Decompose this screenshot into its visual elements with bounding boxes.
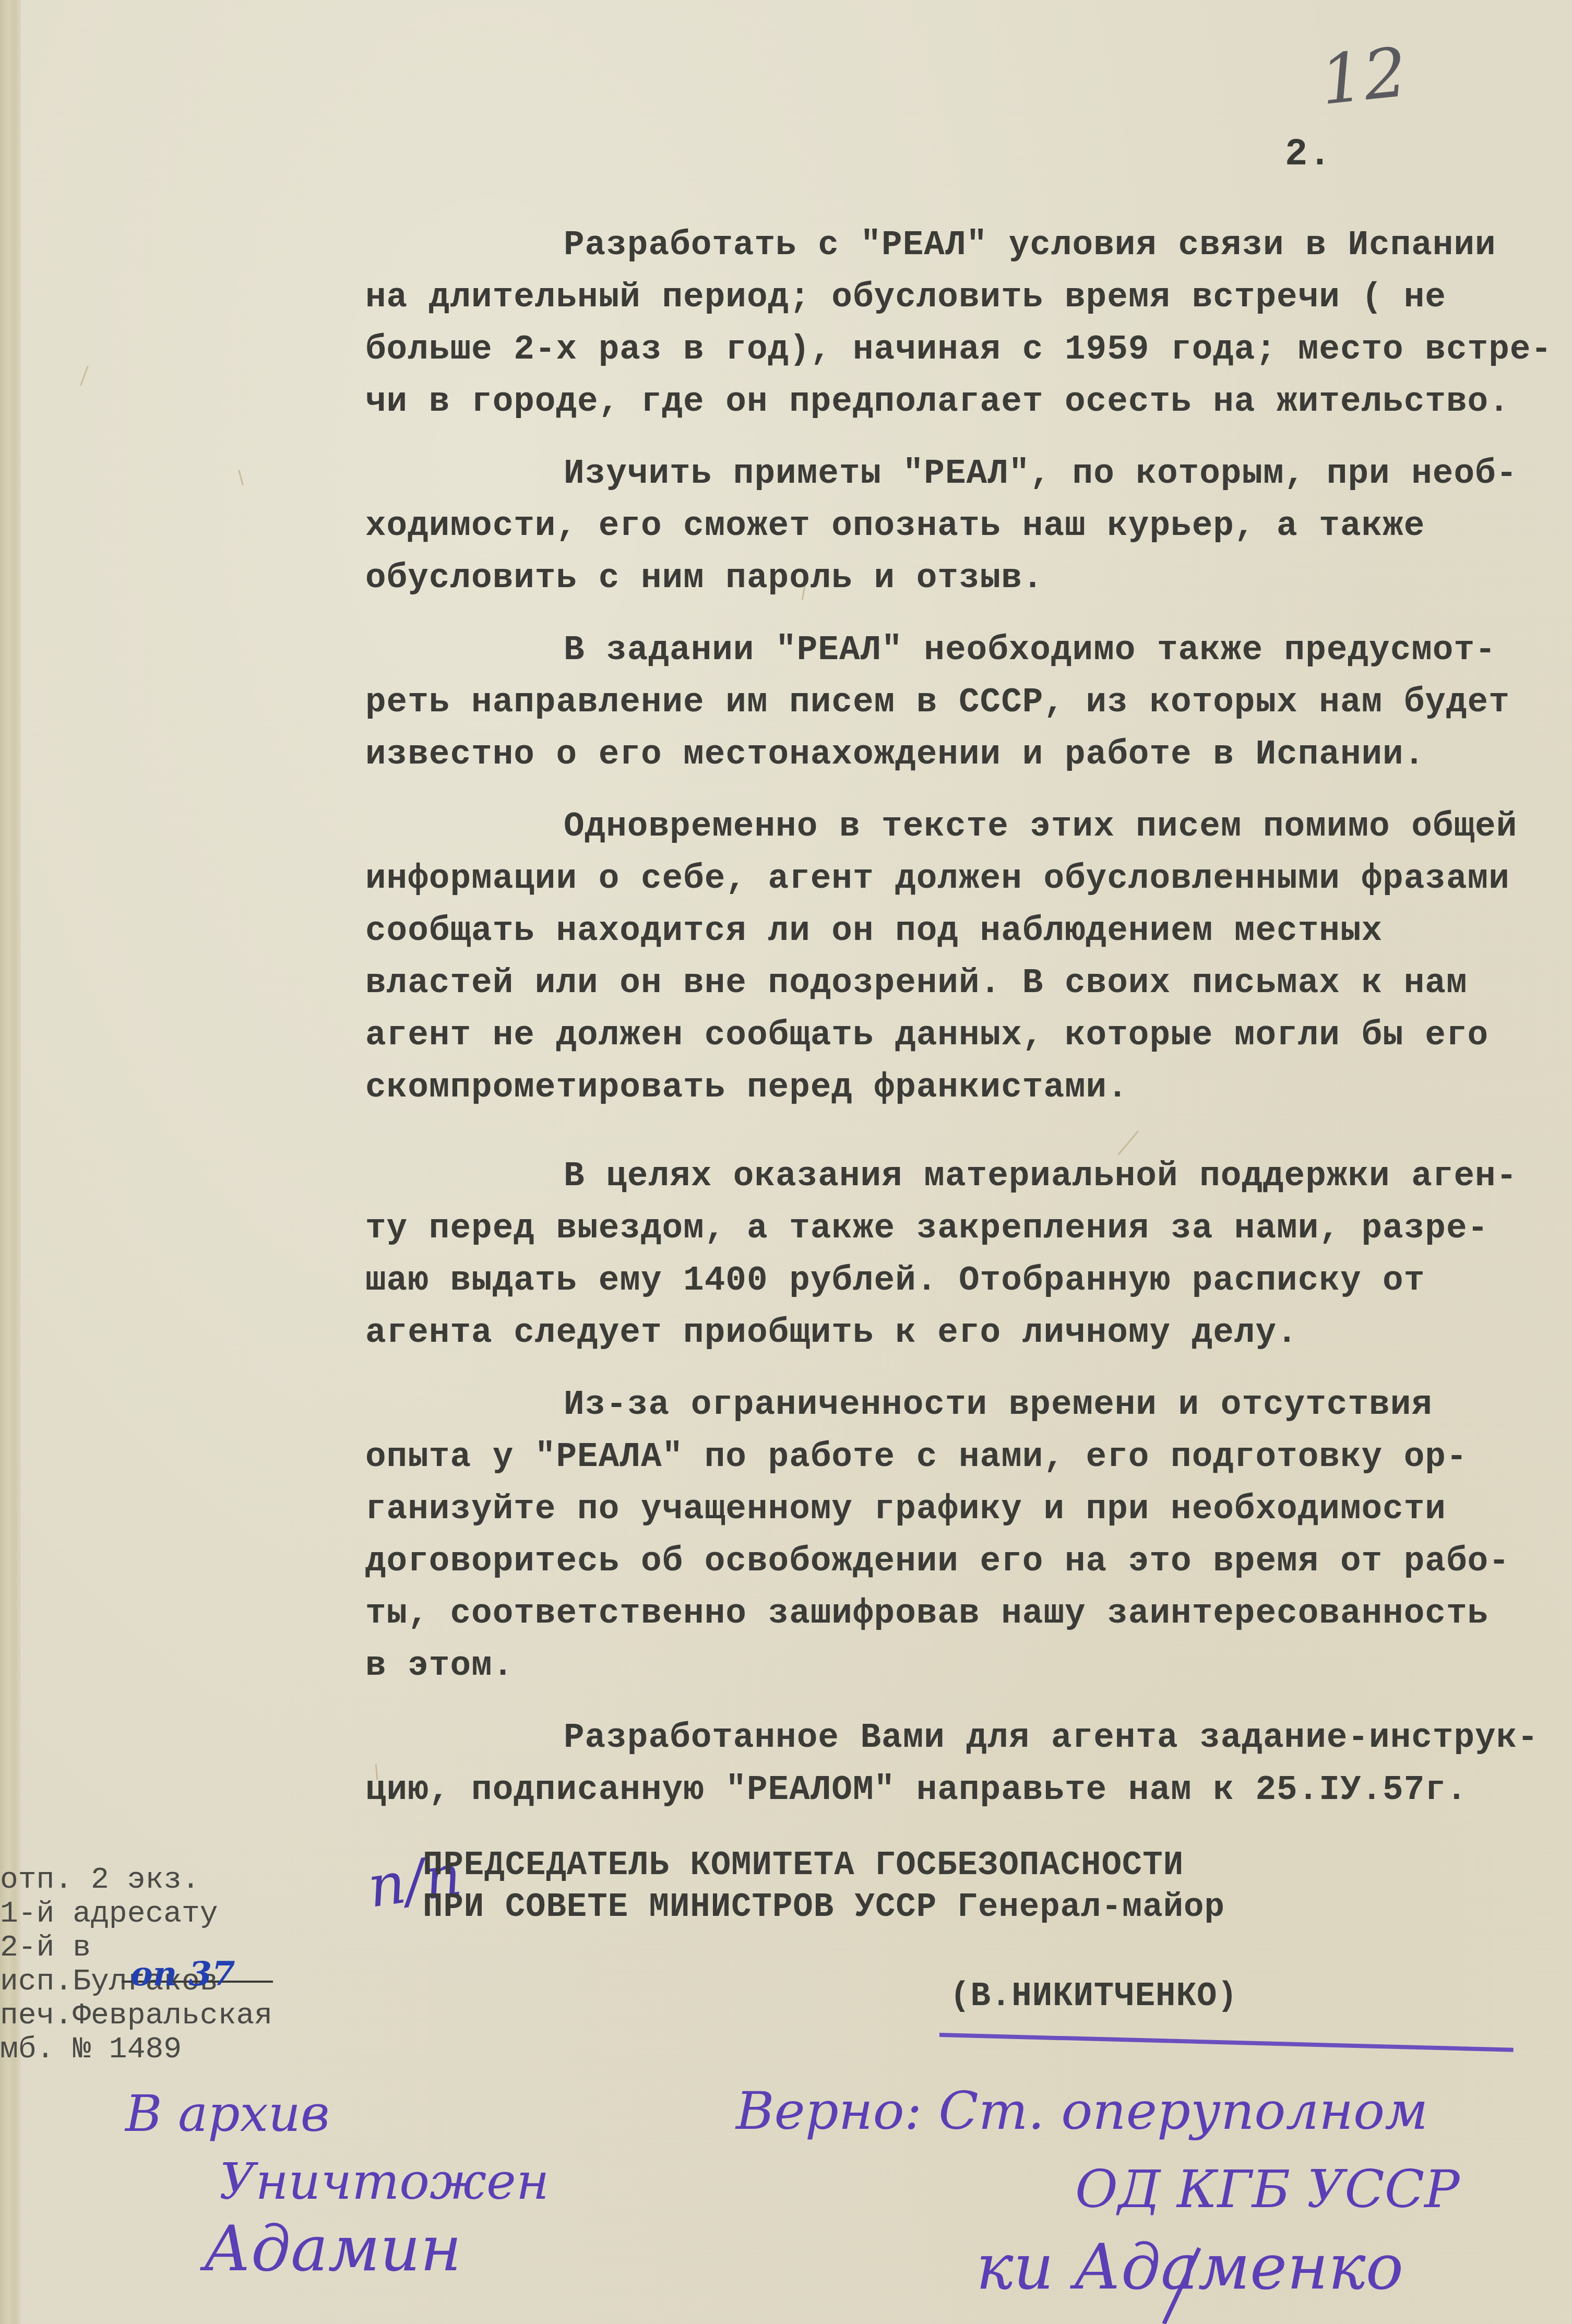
paragraph-letters: В задании "РЕАЛ" необходимо также предус… bbox=[365, 624, 1555, 781]
paper-fiber bbox=[80, 366, 88, 386]
text-line: ты, соответственно зашифровав нашу заинт… bbox=[365, 1588, 1555, 1640]
paragraph-communication-terms: Разработать с "РЕАЛ" условия связи в Исп… bbox=[365, 219, 1555, 428]
letter-body: Разработать с "РЕАЛ" условия связи в Исп… bbox=[365, 219, 1555, 1836]
text-line: на длительный период; обусловить время в… bbox=[365, 271, 1555, 324]
handwritten-line: Верно: Ст. оперуполном bbox=[736, 2072, 1460, 2150]
signatory-title: ПРЕДСЕДАТЕЛЬ КОМИТЕТА ГОСБЕЗОПАСНОСТИ ПР… bbox=[423, 1845, 1225, 1928]
paragraph-training: Из-за ограниченности времени и отсутстви… bbox=[365, 1379, 1555, 1692]
text-line: опыта у "РЕАЛА" по работе с нами, его по… bbox=[365, 1431, 1555, 1483]
text-line: В задании "РЕАЛ" необходимо также предус… bbox=[365, 624, 1555, 676]
text-line: информации о себе, агент должен обусловл… bbox=[365, 853, 1555, 905]
text-line: цию, подписанную "РЕАЛОМ" направьте нам … bbox=[365, 1764, 1555, 1816]
text-line: договоритесь об освобождении его на это … bbox=[365, 1535, 1555, 1588]
paragraph-deadline: Разработанное Вами для агента задание-ин… bbox=[365, 1712, 1555, 1816]
folio-number: 12 bbox=[1317, 32, 1411, 120]
signatory-name: (В.НИКИТЧЕНКО) bbox=[950, 1978, 1238, 2016]
text-line: сообщать находится ли он под наблюдением… bbox=[365, 905, 1555, 957]
distribution-line: отп. 2 экз. bbox=[0, 1863, 272, 1897]
signatory-title-line: ПРИ СОВЕТЕ МИНИСТРОВ УССР Генерал-майор bbox=[423, 1887, 1225, 1928]
text-line: в этом. bbox=[365, 1640, 1555, 1692]
text-line: агента следует приобщить к его личному д… bbox=[365, 1307, 1555, 1359]
text-line: больше 2-х раз в год), начиная с 1959 го… bbox=[365, 324, 1555, 376]
distribution-line: 1-й адресату bbox=[0, 1897, 272, 1931]
handwritten-file-reference: оп 37 bbox=[130, 1954, 235, 1994]
text-line: чи в городе, где он предполагает осесть … bbox=[365, 376, 1555, 428]
text-line: В целях оказания материальной поддержки … bbox=[365, 1150, 1555, 1202]
paragraph-payment: В целях оказания материальной поддержки … bbox=[365, 1150, 1555, 1359]
text-line: ту перед выездом, а также закрепления за… bbox=[365, 1202, 1555, 1255]
handwritten-line: В архив bbox=[125, 2080, 549, 2148]
text-line: Разработать с "РЕАЛ" условия связи в Исп… bbox=[365, 219, 1555, 271]
text-line: агент не должен сообщать данных, которые… bbox=[365, 1009, 1555, 1062]
paragraph-coded-phrases: Одновременно в тексте этих писем помимо … bbox=[365, 801, 1555, 1114]
text-line: реть направление им писем в СССР, из кот… bbox=[365, 676, 1555, 729]
text-line: Из-за ограниченности времени и отсутстви… bbox=[365, 1379, 1555, 1431]
page-number: 2. bbox=[1285, 133, 1332, 176]
text-line: Изучить приметы "РЕАЛ", по которым, при … bbox=[365, 448, 1555, 500]
handwritten-certification-note: Верно: Ст. оперуполном ОД КГБ УССР ки Ад… bbox=[736, 2072, 1460, 2307]
text-line: обусловить с ним пароль и отзыв. bbox=[365, 552, 1555, 604]
text-line: шаю выдать ему 1400 рублей. Отобранную р… bbox=[365, 1255, 1555, 1307]
handwritten-line: ОД КГБ УССР bbox=[736, 2150, 1460, 2228]
text-line: Разработанное Вами для агента задание-ин… bbox=[365, 1712, 1555, 1764]
text-line: известно о его местонахождении и работе … bbox=[365, 729, 1555, 781]
text-line: Одновременно в тексте этих писем помимо … bbox=[365, 801, 1555, 853]
distribution-line: печ.Февральская bbox=[0, 1999, 272, 2033]
distribution-line: мб. № 1489 bbox=[0, 2033, 272, 2067]
handwritten-archive-note: В архив Уничтожен Адамин bbox=[125, 2080, 549, 2283]
text-line: скомпрометировать перед франкистами. bbox=[365, 1062, 1555, 1114]
handwritten-signature: Адамин bbox=[125, 2215, 549, 2283]
paragraph-identification: Изучить приметы "РЕАЛ", по которым, при … bbox=[365, 448, 1555, 604]
text-line: ходимости, его сможет опознать наш курье… bbox=[365, 500, 1555, 552]
handwritten-signature: ки Адаменко bbox=[736, 2228, 1460, 2307]
handwritten-line: Уничтожен bbox=[125, 2148, 549, 2215]
text-line: властей или он вне подозрений. В своих п… bbox=[365, 957, 1555, 1009]
signatory-title-line: ПРЕДСЕДАТЕЛЬ КОМИТЕТА ГОСБЕЗОПАСНОСТИ bbox=[423, 1845, 1225, 1887]
paper-fiber bbox=[238, 470, 244, 485]
text-line: ганизуйте по учащенному графику и при не… bbox=[365, 1483, 1555, 1535]
